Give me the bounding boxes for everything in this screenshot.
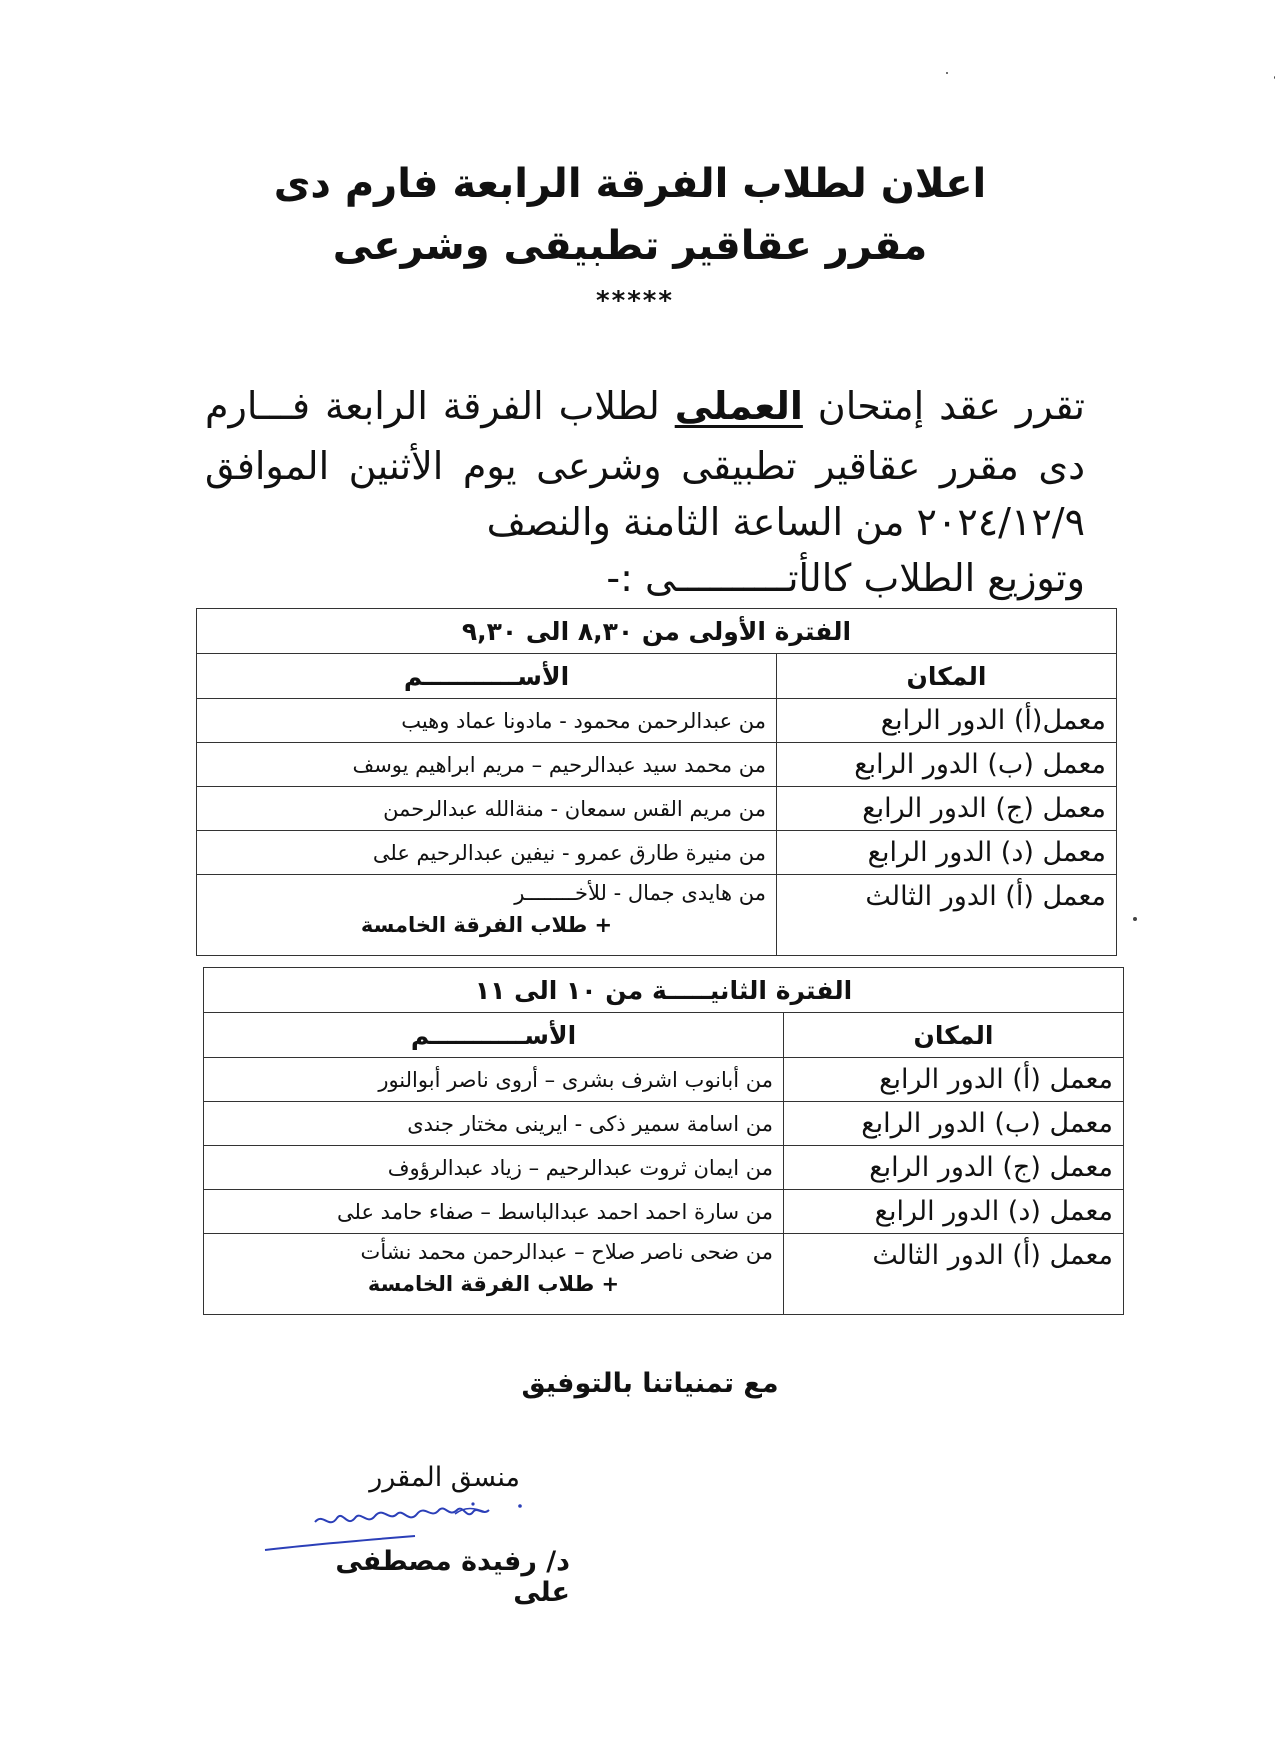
names-cell: من مريم القس سمعان - منةالله عبدالرحمن <box>197 787 777 831</box>
place-cell: معمل (أ) الدور الثالث <box>784 1234 1124 1315</box>
practical-emphasis: العملى <box>675 384 803 428</box>
announcement-line-1: تقرر عقد إمتحان العملى لطلاب الفرقة الرا… <box>205 377 1085 435</box>
stars-separator: ***** <box>560 286 710 316</box>
header-names: الأســـــــــــم <box>204 1013 784 1058</box>
schedule-table-period-1: الفترة الأولى من ٨,٣٠ الى ٩,٣٠ المكان ال… <box>196 608 1117 956</box>
schedule-table-period-2: الفترة الثانيـــــة من ١٠ الى ١١ المكان … <box>203 967 1124 1315</box>
names-cell: من سارة احمد احمد عبدالباسط – صفاء حامد … <box>204 1190 784 1234</box>
column-header-row: المكان الأســـــــــــم <box>197 654 1117 699</box>
place-cell: معمل (أ) الدور الثالث <box>777 875 1117 956</box>
names-cell: من اسامة سمير ذكى - ايرينى مختار جندى <box>204 1102 784 1146</box>
period-title: الفترة الثانيـــــة من ١٠ الى ١١ <box>204 968 1124 1013</box>
title-line-2: مقرر عقاقير تطبيقى وشرعى <box>250 220 1010 272</box>
period-title: الفترة الأولى من ٨,٣٠ الى ٩,٣٠ <box>197 609 1117 654</box>
table-row: معمل (أ) الدور الثالث من ضحى ناصر صلاح –… <box>204 1234 1124 1315</box>
header-place: المكان <box>777 654 1117 699</box>
coordinator-name: د/ رفيدة مصطفى على <box>270 1546 570 1608</box>
place-cell: معمل (ج) الدور الرابع <box>777 787 1117 831</box>
names-range: من هايدى جمال - للأخــــــــر <box>514 881 766 905</box>
place-cell: معمل (ب) الدور الرابع <box>784 1102 1124 1146</box>
table-row: معمل (ب) الدور الرابع من محمد سيد عبدالر… <box>197 743 1117 787</box>
place-cell: معمل (ج) الدور الرابع <box>784 1146 1124 1190</box>
names-cell: من ايمان ثروت عبدالرحيم – زياد عبدالرؤوف <box>204 1146 784 1190</box>
fifth-year-note: + طلاب الفرقة الخامسة <box>214 1272 773 1296</box>
names-cell: من هايدى جمال - للأخــــــــر + طلاب الف… <box>197 875 777 956</box>
period-title-row: الفترة الثانيـــــة من ١٠ الى ١١ <box>204 968 1124 1013</box>
names-cell: من ضحى ناصر صلاح – عبدالرحمن محمد نشأت +… <box>204 1234 784 1315</box>
table-row: معمل (ج) الدور الرابع من مريم القس سمعان… <box>197 787 1117 831</box>
names-cell: من عبدالرحمن محمود - مادونا عماد وهيب <box>197 699 777 743</box>
table-row: معمل (أ) الدور الرابع من أبانوب اشرف بشر… <box>204 1058 1124 1102</box>
table-row: معمل (ب) الدور الرابع من اسامة سمير ذكى … <box>204 1102 1124 1146</box>
names-range: من ضحى ناصر صلاح – عبدالرحمن محمد نشأت <box>361 1240 773 1264</box>
names-cell: من منيرة طارق عمرو - نيفين عبدالرحيم على <box>197 831 777 875</box>
place-cell: معمل(أ) الدور الرابع <box>777 699 1117 743</box>
header-names: الأســـــــــــم <box>197 654 777 699</box>
names-cell: من أبانوب اشرف بشرى – أروى ناصر أبوالنور <box>204 1058 784 1102</box>
fifth-year-note: + طلاب الفرقة الخامسة <box>207 913 766 937</box>
place-cell: معمل (د) الدور الرابع <box>777 831 1117 875</box>
line1-prefix: تقرر عقد إمتحان <box>803 384 1085 428</box>
names-cell: من محمد سيد عبدالرحيم – مريم ابراهيم يوس… <box>197 743 777 787</box>
table-row: معمل(أ) الدور الرابع من عبدالرحمن محمود … <box>197 699 1117 743</box>
column-header-row: المكان الأســـــــــــم <box>204 1013 1124 1058</box>
announcement-line-2: دى مقرر عقاقير تطبيقى وشرعى يوم الأثنين … <box>205 437 1085 495</box>
place-cell: معمل (ب) الدور الرابع <box>777 743 1117 787</box>
place-cell: معمل (د) الدور الرابع <box>784 1190 1124 1234</box>
scan-speck <box>946 72 948 74</box>
table-row: معمل (د) الدور الرابع من سارة احمد احمد … <box>204 1190 1124 1234</box>
place-cell: معمل (أ) الدور الرابع <box>784 1058 1124 1102</box>
period-title-row: الفترة الأولى من ٨,٣٠ الى ٩,٣٠ <box>197 609 1117 654</box>
scan-speck <box>1133 917 1137 921</box>
table-row: معمل (ج) الدور الرابع من ايمان ثروت عبدا… <box>204 1146 1124 1190</box>
best-wishes: مع تمنياتنا بالتوفيق <box>500 1368 800 1399</box>
coordinator-label: منسق المقرر <box>300 1462 520 1493</box>
announcement-line-3-date: ٢٠٢٤/١٢/٩ من الساعة الثامنة والنصف <box>385 493 1085 551</box>
header-place: المكان <box>784 1013 1124 1058</box>
table-row: معمل (د) الدور الرابع من منيرة طارق عمرو… <box>197 831 1117 875</box>
announcement-page: اعلان لطلاب الفرقة الرابعة فارم دى مقرر … <box>0 0 1275 1755</box>
line1-suffix: لطلاب الفرقة الرابعة فـــارم <box>205 384 675 428</box>
announcement-line-4: وتوزيع الطلاب كالأتــــــــــى :- <box>385 549 1085 607</box>
table-row: معمل (أ) الدور الثالث من هايدى جمال - لل… <box>197 875 1117 956</box>
title-line-1: اعلان لطلاب الفرقة الرابعة فارم دى <box>250 158 1010 210</box>
